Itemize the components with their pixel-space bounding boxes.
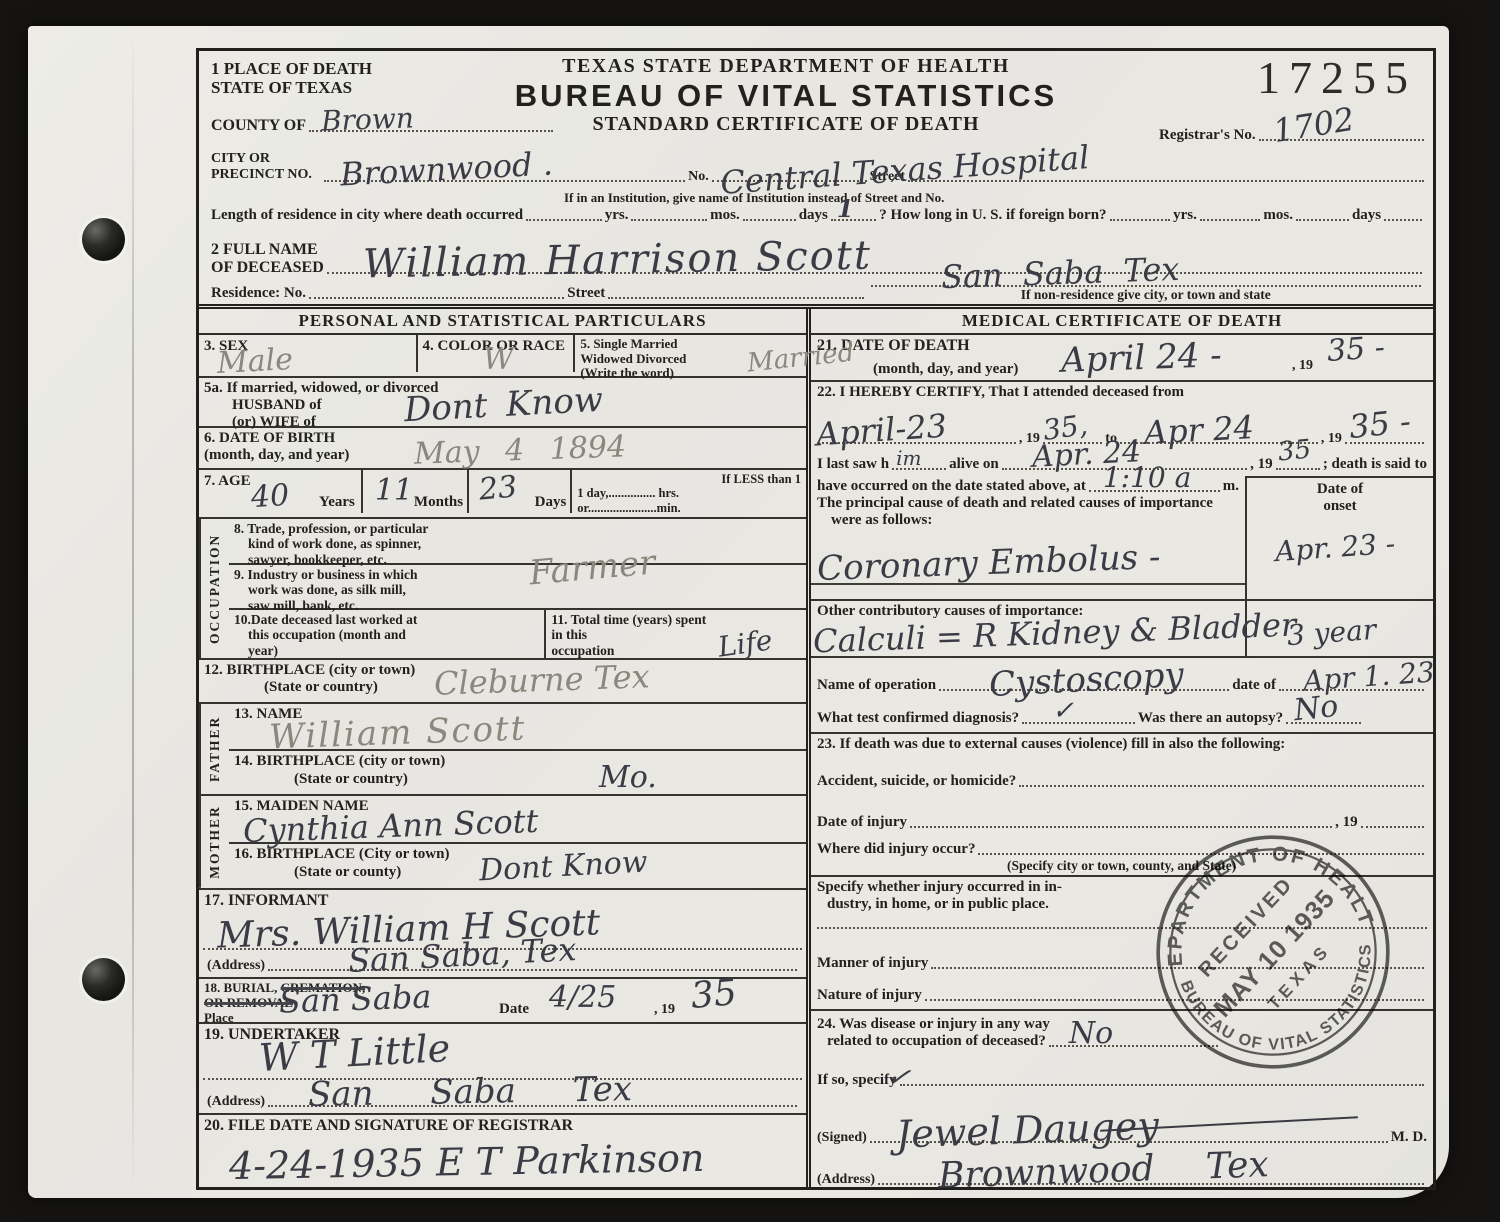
days-label: days (799, 207, 828, 224)
field-birthplace: 12. BIRTHPLACE (city or town) (State or … (199, 660, 806, 704)
field-date-of-death: 21. DATE OF DEATH (month, day, and year)… (811, 335, 1433, 382)
father-birthplace-label-1: 14. BIRTHPLACE (city or town) (234, 753, 801, 770)
yrs2-fill (1110, 215, 1171, 221)
informant-address-handwritten: San Saba, Tex (347, 933, 577, 977)
certificate-header: 1 PLACE OF DEATH STATE OF TEXAS TEXAS ST… (199, 51, 1433, 304)
cause-of-death-block: have occurred on the date stated above, … (811, 476, 1433, 658)
date-of-death-year-print: , 19 (1292, 358, 1313, 374)
undertaker-address-label: (Address) (207, 1094, 265, 1110)
residence-length-label: Length of residence in city where death … (211, 207, 523, 224)
less-label-1: If LESS than 1 (577, 472, 801, 486)
occurred-m-label: m. (1223, 478, 1239, 495)
age-days-handwritten: 23 (478, 473, 519, 506)
injury-nature-label: Nature of injury (817, 987, 922, 1004)
registrar-fill: 1702 (1259, 135, 1424, 141)
occurred-time-handwritten: 1:10 a (1103, 464, 1191, 492)
mos-fill (631, 215, 707, 221)
field-sex-race-marital: 3. SEX Male 4. COLOR OR RACE W 5. Single… (199, 335, 806, 378)
principal-label-1: The principal cause of death and related… (817, 495, 1239, 512)
test-fill: ✓ (1022, 718, 1135, 724)
less-label-2: 1 day,............... hrs. (577, 486, 801, 500)
no-label: No. (688, 169, 709, 185)
principal-cause-row: have occurred on the date stated above, … (811, 476, 1433, 599)
occurred-fill: 1:10 a (1089, 486, 1220, 492)
field-date-of-birth: 6. DATE OF BIRTH (month, day, and year) … (199, 428, 806, 471)
residence-right: San Saba Tex If non-residence give city,… (867, 265, 1425, 302)
residence-city-handwritten: San Saba Tex (940, 253, 1179, 293)
physician-address-line: (Address) Brownwood Tex (817, 1172, 1427, 1188)
onset-label-2: onset (1247, 498, 1433, 515)
scanned-paper: 1 PLACE OF DEATH STATE OF TEXAS TEXAS ST… (28, 26, 1449, 1198)
field-last-worked-total-time: 10.Date deceased last worked at this occ… (229, 610, 806, 658)
ifso-fill (900, 1080, 1424, 1086)
certificate-body: PERSONAL AND STATISTICAL PARTICULARS 3. … (199, 304, 1433, 1190)
autopsy-fill: No (1286, 718, 1361, 724)
lastsaw-label-2: alive on (949, 456, 999, 473)
residence-street-label: Street (567, 285, 605, 302)
residence-no-fill (309, 293, 564, 299)
field-test-autopsy: What test confirmed diagnosis? ✓ Was the… (811, 702, 1433, 734)
agency-block: TEXAS STATE DEPARTMENT OF HEALTH BUREAU … (479, 55, 1093, 136)
county-line: COUNTY OF Brown (211, 117, 556, 135)
field-marital-status: 5. Single Married Widowed Divorced (Writ… (575, 335, 806, 372)
medical-section-title: MEDICAL CERTIFICATE OF DEATH (811, 309, 1433, 335)
occupation-relation-label-1: 24. Was disease or injury in any way (817, 1016, 1427, 1033)
mother-birthplace-handwritten: Dont Know (478, 848, 648, 887)
days-handwritten: 1 (837, 197, 854, 221)
personal-section-title: PERSONAL AND STATISTICAL PARTICULARS (199, 309, 806, 335)
burial-label-1a: 18. BURIAL, (204, 980, 277, 995)
place-of-death-block: 1 PLACE OF DEATH STATE OF TEXAS (211, 59, 372, 98)
informant-address-fill: San Saba, Tex (268, 965, 797, 971)
residence-length-line: Length of residence in city where death … (211, 207, 1425, 224)
test-check-handwritten: ✓ (1052, 698, 1074, 724)
to-handwritten: Apr 24 (1143, 411, 1254, 449)
punch-hole-top (82, 218, 125, 261)
field-color-race: 4. COLOR OR RACE W (418, 335, 576, 372)
field-informant: 17. INFORMANT Mrs. William H Scott (Addr… (199, 890, 806, 979)
registrar-line: Registrar's No. 1702 (1159, 127, 1427, 144)
city-fill: Brownwood . (324, 176, 685, 182)
no-fill: Central Texas Hospital (712, 176, 867, 182)
registrar-signature-handwritten: 4-24-1935 E T Parkinson (229, 1139, 705, 1185)
lastsaw-label-1: I last saw h (817, 456, 889, 473)
lastsaw-year-fill: 35 (1276, 464, 1320, 470)
field-burial: 18. BURIAL, CREMATION, OR REMOVAL Place … (199, 979, 806, 1024)
occupation-fields: 8. Trade, profession, or particular kind… (229, 519, 806, 658)
signed-line: (Signed) Jewel Daugey M. D. (817, 1129, 1427, 1146)
serial-block: 17255 (1257, 51, 1417, 104)
sex-handwritten: Male (216, 345, 293, 379)
burial-date-handwritten: 4/25 (549, 983, 616, 1013)
injury-specify-label-1: Specify whether injury occurred in in- (817, 879, 1427, 896)
certify-label: 22. I HEREBY CERTIFY, That I attended de… (817, 384, 1427, 401)
injury-manner-label: Manner of injury (817, 955, 928, 972)
principal-label-2: were as follows: (831, 512, 1239, 529)
father-fields: 13. NAME William Scott 14. BIRTHPLACE (c… (229, 704, 806, 794)
autopsy-handwritten: No (1293, 692, 1340, 726)
informant-address-line: (Address) San Saba, Tex (207, 958, 800, 974)
injury-where-note: (Specify city or town, county, and State… (1007, 858, 1427, 873)
signed-label: (Signed) (817, 1130, 867, 1146)
father-birthplace-label-2: (State or country) (294, 771, 801, 788)
yrs-label: yrs. (605, 207, 629, 224)
field-operation: Name of operation Cystoscopy date of Apr… (811, 658, 1433, 702)
occurred-line: have occurred on the date stated above, … (817, 478, 1239, 495)
external-causes-label: 23. If death was due to external causes … (817, 736, 1427, 753)
injury-year-print: , 19 (1335, 814, 1358, 831)
residence-label: Residence: No. (211, 285, 306, 302)
industry-label-2: work was done, as silk mill, (248, 582, 801, 597)
principal-cause-handwritten: Coronary Embolus - (817, 540, 1161, 586)
onset-label-1: Date of (1247, 481, 1433, 498)
date-of-onset-cell: Date of onset Apr. 23 - (1245, 476, 1433, 599)
field-spouse: 5a. If married, widowed, or divorced HUS… (199, 378, 806, 428)
mother-group: MOTHER 15. MAIDEN NAME Cynthia Ann Scott… (199, 796, 806, 890)
mos-label: mos. (710, 207, 740, 224)
age-less-than-cell: If LESS than 1 1 day,............... hrs… (572, 470, 806, 513)
undertaker-handwritten: W T Little (258, 1029, 451, 1077)
contributory-onset-handwritten: 3 year (1286, 616, 1377, 650)
field-father-name: 13. NAME William Scott (229, 704, 806, 751)
paper-fold-line (132, 26, 134, 1198)
field-registrar-signature: 20. FILE DATE AND SIGNATURE OF REGISTRAR… (199, 1115, 806, 1190)
informant-address-label: (Address) (207, 958, 265, 974)
injury-date-fill (910, 822, 1332, 828)
undertaker-address-line: (Address) San Saba Tex (207, 1094, 800, 1110)
mos2-fill (1200, 215, 1261, 221)
contributory-row: Other contributory causes of importance:… (811, 599, 1433, 656)
field-accident: Accident, suicide, or homicide? (811, 762, 1433, 797)
father-vertical-label: FATHER (199, 704, 229, 794)
personal-column: PERSONAL AND STATISTICAL PARTICULARS 3. … (199, 309, 811, 1190)
accident-label: Accident, suicide, or homicide? (817, 773, 1016, 790)
operation-date-fill: Apr 1. 23 (1279, 685, 1424, 691)
file-date-label: 20. FILE DATE AND SIGNATURE OF REGISTRAR (204, 1117, 801, 1135)
lastsaw-year-print: , 19 (1250, 456, 1273, 473)
field-father-birthplace: 14. BIRTHPLACE (city or town) (State or … (229, 751, 806, 794)
registrar-label: Registrar's No. (1159, 127, 1256, 144)
injury-where-label: Where did injury occur? (817, 841, 975, 858)
less-label-3: or......................min. (577, 501, 801, 515)
city-label-2: PRECINCT NO. (211, 167, 312, 183)
bureau-title: BUREAU OF VITAL STATISTICS (479, 78, 1093, 113)
accident-fill (1019, 781, 1424, 787)
months-label: Months (414, 494, 463, 511)
last-worked-label-3: year) (248, 643, 539, 658)
total-time-handwritten: Life (716, 626, 774, 661)
days-fill (743, 215, 796, 221)
field-undertaker: 19. UNDERTAKER W T Little (Address) San … (199, 1024, 806, 1115)
date-of-death-year-handwritten: 35 - (1326, 333, 1386, 367)
spouse-handwritten: Dont Know (403, 383, 603, 427)
lastsaw-label-3: ; death is said to (1323, 456, 1427, 473)
field-occupation-relation: 24. Was disease or injury in any way rel… (811, 1011, 1433, 1190)
yrs2-label: yrs. (1173, 207, 1197, 224)
field-last-worked: 10.Date deceased last worked at this occ… (229, 610, 546, 658)
lastsaw-him-handwritten: im (896, 448, 921, 468)
injury-year-fill (1361, 822, 1424, 828)
injury-date-label: Date of injury (817, 814, 907, 831)
county-fill: Brown (309, 126, 553, 132)
father-name-handwritten: William Scott (268, 712, 526, 755)
mos2-label: mos. (1263, 207, 1293, 224)
undertaker-address-handwritten: San Saba Tex (308, 1072, 633, 1112)
industry-handwritten: Farmer (528, 546, 657, 591)
city-precinct-labels: CITY OR PRECINCT NO. (211, 151, 312, 183)
injury-specify-fill (817, 927, 1427, 929)
to-year-handwritten: 35 - (1347, 405, 1412, 443)
state-of-texas-label: STATE OF TEXAS (211, 78, 372, 97)
full-name-label-1: 2 FULL NAME (211, 241, 324, 259)
full-name-handwritten: William Harrison Scott (362, 236, 872, 285)
registrar-number-handwritten: 1702 (1271, 103, 1356, 147)
color-race-handwritten: W (483, 345, 514, 375)
injury-manner-fill (931, 963, 1424, 969)
county-handwritten: Brown (321, 105, 415, 136)
occupation-group: OCCUPATION 8. Trade, profession, or part… (199, 519, 806, 660)
days-cell-label: Days (535, 494, 567, 511)
days2-fill (1296, 215, 1349, 221)
lastsaw-year-handwritten: 35 (1276, 436, 1312, 465)
burial-year-handwritten: 35 (690, 975, 739, 1015)
field-injury-manner: Manner of injury (811, 939, 1433, 979)
age-years-cell: 7. AGE 40 Years (199, 470, 363, 513)
to-year-print: , 19 (1321, 431, 1342, 447)
city-street-line: Brownwood . No. Central Texas Hospital S… (321, 163, 1427, 185)
age-years-handwritten: 40 (250, 481, 290, 514)
burial-date-label: Date (499, 1001, 529, 1018)
signed-fill: Jewel Daugey (870, 1137, 1388, 1143)
last-worked-label-2: this occupation (month and (248, 627, 539, 642)
cause-onset-handwritten: Apr. 23 - (1274, 530, 1396, 566)
days2-label: days (1352, 207, 1381, 224)
principal-cause-cell: have occurred on the date stated above, … (811, 476, 1245, 599)
external-causes-header: 23. If death was due to external causes … (811, 734, 1433, 762)
contributory-cell: Other contributory causes of importance:… (811, 601, 1245, 656)
field-trade: 8. Trade, profession, or particular kind… (229, 519, 806, 565)
father-birthplace-handwritten: Mo. (599, 763, 657, 793)
md-label: M. D. (1391, 1129, 1427, 1146)
last-worked-label-1: 10.Date deceased last worked at (234, 612, 539, 627)
mother-fields: 15. MAIDEN NAME Cynthia Ann Scott 16. BI… (229, 796, 806, 888)
field-industry: 9. Industry or business in which work wa… (229, 565, 806, 610)
field-injury-where: Where did injury occur? (Specify city or… (811, 839, 1433, 878)
field-mother-name: 15. MAIDEN NAME Cynthia Ann Scott (229, 796, 806, 844)
lastsaw-him-fill: im (892, 464, 946, 470)
field-injury-specify: Specify whether injury occurred in in- d… (811, 877, 1433, 939)
mother-vertical-label: MOTHER (199, 796, 229, 888)
certificate-number: 17255 (1257, 51, 1417, 104)
occurred-label: have occurred on the date stated above, … (817, 478, 1086, 495)
field-total-time: 11. Total time (years) spent in this occ… (546, 610, 806, 658)
years-label: Years (319, 494, 355, 511)
injury-nature-fill (925, 995, 1424, 1001)
mother-name-handwritten: Cynthia Ann Scott (243, 805, 539, 847)
field-injury-date: Date of injury , 19 (811, 796, 1433, 839)
from-handwritten: April-23 (815, 410, 948, 451)
injury-where-line: Where did injury occur? (817, 841, 1427, 858)
age-label: 7. AGE (204, 473, 251, 489)
county-label: COUNTY OF (211, 117, 306, 135)
birthplace-handwritten: Cleburne Tex (434, 660, 651, 700)
field-mother-birthplace: 16. BIRTHPLACE (City or town) (State or … (229, 844, 806, 887)
physician-address-fill: Brownwood Tex (878, 1179, 1424, 1185)
burial-year-print: , 19 (654, 1002, 675, 1018)
residence-street-fill (608, 293, 863, 299)
yrs-fill (526, 215, 602, 221)
operation-label: Name of operation (817, 677, 936, 694)
age-months-cell: 11 Months (363, 470, 469, 513)
certificate-title: STANDARD CERTIFICATE OF DEATH (479, 113, 1093, 136)
from-fill: April-23 (818, 438, 1016, 444)
physician-address-label: (Address) (817, 1172, 875, 1188)
check-mark-handwritten: ✓ (885, 1061, 913, 1093)
operation-fill: Cystoscopy (939, 685, 1229, 691)
field-injury-nature: Nature of injury (811, 979, 1433, 1011)
trade-label-1: 8. Trade, profession, or particular (234, 521, 801, 536)
trade-label-2: kind of work done, as spinner, (248, 536, 801, 551)
occupation-relation-label-2: related to occupation of deceased? (827, 1033, 1046, 1050)
city-label-1: CITY OR (211, 151, 312, 167)
operation-handwritten: Cystoscopy (988, 658, 1184, 702)
injury-where-fill (978, 849, 1424, 855)
autopsy-label: Was there an autopsy? (1138, 710, 1283, 727)
field-age: 7. AGE 40 Years 11 Months 23 Days (199, 470, 806, 519)
injury-specify-label-2: dustry, in home, or in public place. (827, 896, 1427, 913)
medical-column: MEDICAL CERTIFICATE OF DEATH 21. DATE OF… (811, 309, 1433, 1190)
industry-label-1: 9. Industry or business in which (234, 567, 801, 582)
residence-city-fill: San Saba Tex (871, 265, 1421, 287)
dob-handwritten: May 4 1894 (414, 432, 627, 469)
occupation-relation-handwritten: No (1069, 1019, 1113, 1049)
age-months-handwritten: 11 (375, 476, 413, 506)
to-year-fill: 35 - (1345, 438, 1424, 444)
city-handwritten: Brownwood . (339, 147, 553, 190)
days2-value-fill (1384, 215, 1422, 221)
father-group: FATHER 13. NAME William Scott 14. BIRTHP… (199, 704, 806, 796)
physician-address-handwritten: Brownwood Tex (938, 1147, 1270, 1195)
test-label: What test confirmed diagnosis? (817, 710, 1019, 727)
operation-date-label: date of (1232, 677, 1276, 694)
foreign-born-label: ? How long in U. S. if foreign born? (879, 207, 1106, 224)
death-certificate: 1 PLACE OF DEATH STATE OF TEXAS TEXAS ST… (196, 48, 1436, 1190)
place-of-death-label: 1 PLACE OF DEATH (211, 59, 372, 78)
department-title: TEXAS STATE DEPARTMENT OF HEALTH (479, 55, 1093, 78)
undertaker-address-fill: San Saba Tex (268, 1101, 797, 1107)
burial-place-handwritten: San Saba (278, 980, 431, 1017)
date-of-death-handwritten: April 24 - (1060, 338, 1222, 378)
punch-hole-bottom (82, 958, 125, 1001)
occupation-vertical-label: OCCUPATION (199, 519, 229, 658)
occupation-relation-fill: No (1049, 1041, 1218, 1047)
days-value-fill: 1 (831, 215, 876, 221)
age-days-cell: 23 Days (469, 470, 572, 513)
field-sex: 3. SEX Male (199, 335, 418, 372)
occupation-relation-line: related to occupation of deceased? No (817, 1033, 1427, 1050)
